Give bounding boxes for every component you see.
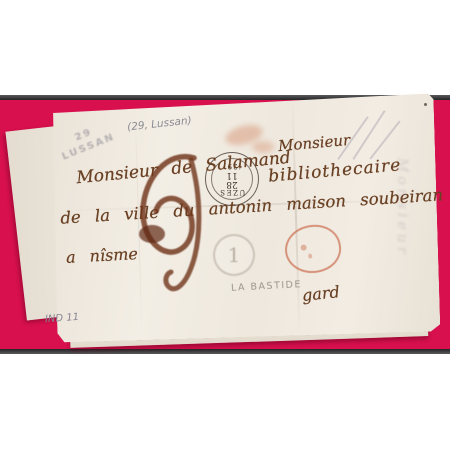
photo-bottom-edge	[0, 349, 450, 354]
manuscript-tax-mark-4	[128, 148, 208, 298]
oval-ink-dot	[300, 244, 307, 251]
ink-speck	[424, 103, 427, 106]
show-through-writing: Monsieur	[392, 158, 410, 308]
decime-circle-mark: 1	[213, 234, 255, 276]
oval-ink-dot	[308, 253, 313, 259]
cover-photo: 29 LUSSAN (29, Lussan) UZES 28 11 (29) M…	[0, 0, 450, 450]
decime-value: 1	[228, 243, 241, 267]
address-line4: gard	[301, 282, 340, 305]
fold-crease	[292, 98, 301, 336]
